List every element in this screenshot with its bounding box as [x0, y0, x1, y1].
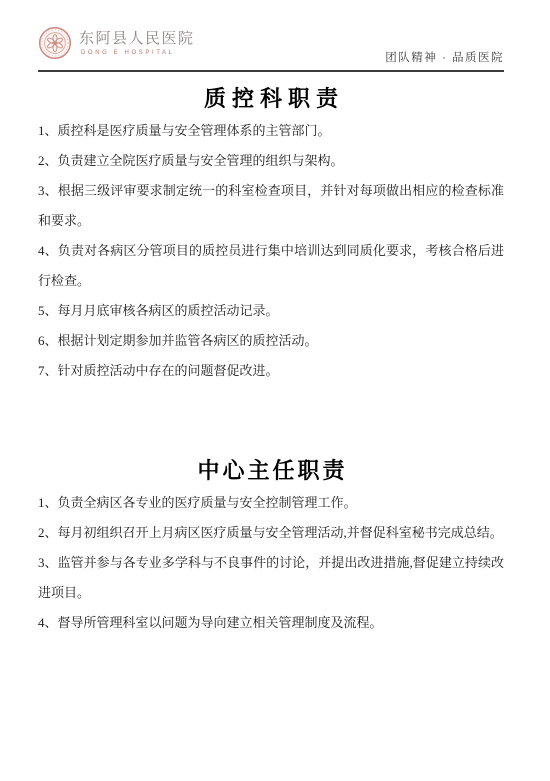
section-quality-control-duties: 质控科职责 1、质控科是医疗质量与安全管理体系的主管部门。 2、负责建立全院医疗… [38, 84, 504, 386]
duty-item: 4、督导所管理科室以问题为导向建立相关管理制度及流程。 [38, 608, 504, 638]
duty-item: 2、负责建立全院医疗质量与安全管理的组织与架构。 [38, 146, 504, 176]
hospital-name-en: DONG E HOSPITAL [79, 50, 195, 56]
hospital-seal-icon [38, 26, 72, 60]
duty-item: 6、根据计划定期参加并监管各病区的质控活动。 [38, 326, 504, 356]
section-title: 中心主任职责 [38, 456, 504, 486]
document-page: 东阿县人民医院 DONG E HOSPITAL 团队精神 · 品质医院 质控科职… [0, 0, 550, 781]
document-header: 东阿县人民医院 DONG E HOSPITAL 团队精神 · 品质医院 [38, 26, 504, 66]
section-title: 质控科职责 [38, 84, 504, 114]
duty-item: 3、监管并参与各专业多学科与不良事件的讨论，并提出改进措施,督促建立持续改进项目… [38, 548, 504, 608]
hospital-slogan: 团队精神 · 品质医院 [385, 49, 504, 66]
hospital-logo: 东阿县人民医院 DONG E HOSPITAL [38, 26, 195, 60]
duty-item: 5、每月月底审核各病区的质控活动记录。 [38, 296, 504, 326]
duty-item: 1、质控科是医疗质量与安全管理体系的主管部门。 [38, 116, 504, 146]
duty-item: 1、负责全病区各专业的医疗质量与安全控制管理工作。 [38, 488, 504, 518]
duty-item: 3、根据三级评审要求制定统一的科室检查项目，并针对每项做出相应的检查标准和要求。 [38, 176, 504, 236]
duty-item: 4、负责对各病区分管项目的质控员进行集中培训达到同质化要求，考核合格后进行检查。 [38, 236, 504, 296]
hospital-name-block: 东阿县人民医院 DONG E HOSPITAL [79, 30, 195, 56]
hospital-name: 东阿县人民医院 [79, 30, 195, 48]
duty-item: 2、每月初组织召开上月病区医疗质量与安全管理活动,并督促科室秘书完成总结。 [38, 518, 504, 548]
section-center-director-duties: 中心主任职责 1、负责全病区各专业的医疗质量与安全控制管理工作。 2、每月初组织… [38, 456, 504, 638]
duty-item: 7、针对质控活动中存在的问题督促改进。 [38, 356, 504, 386]
header-divider [38, 70, 504, 72]
